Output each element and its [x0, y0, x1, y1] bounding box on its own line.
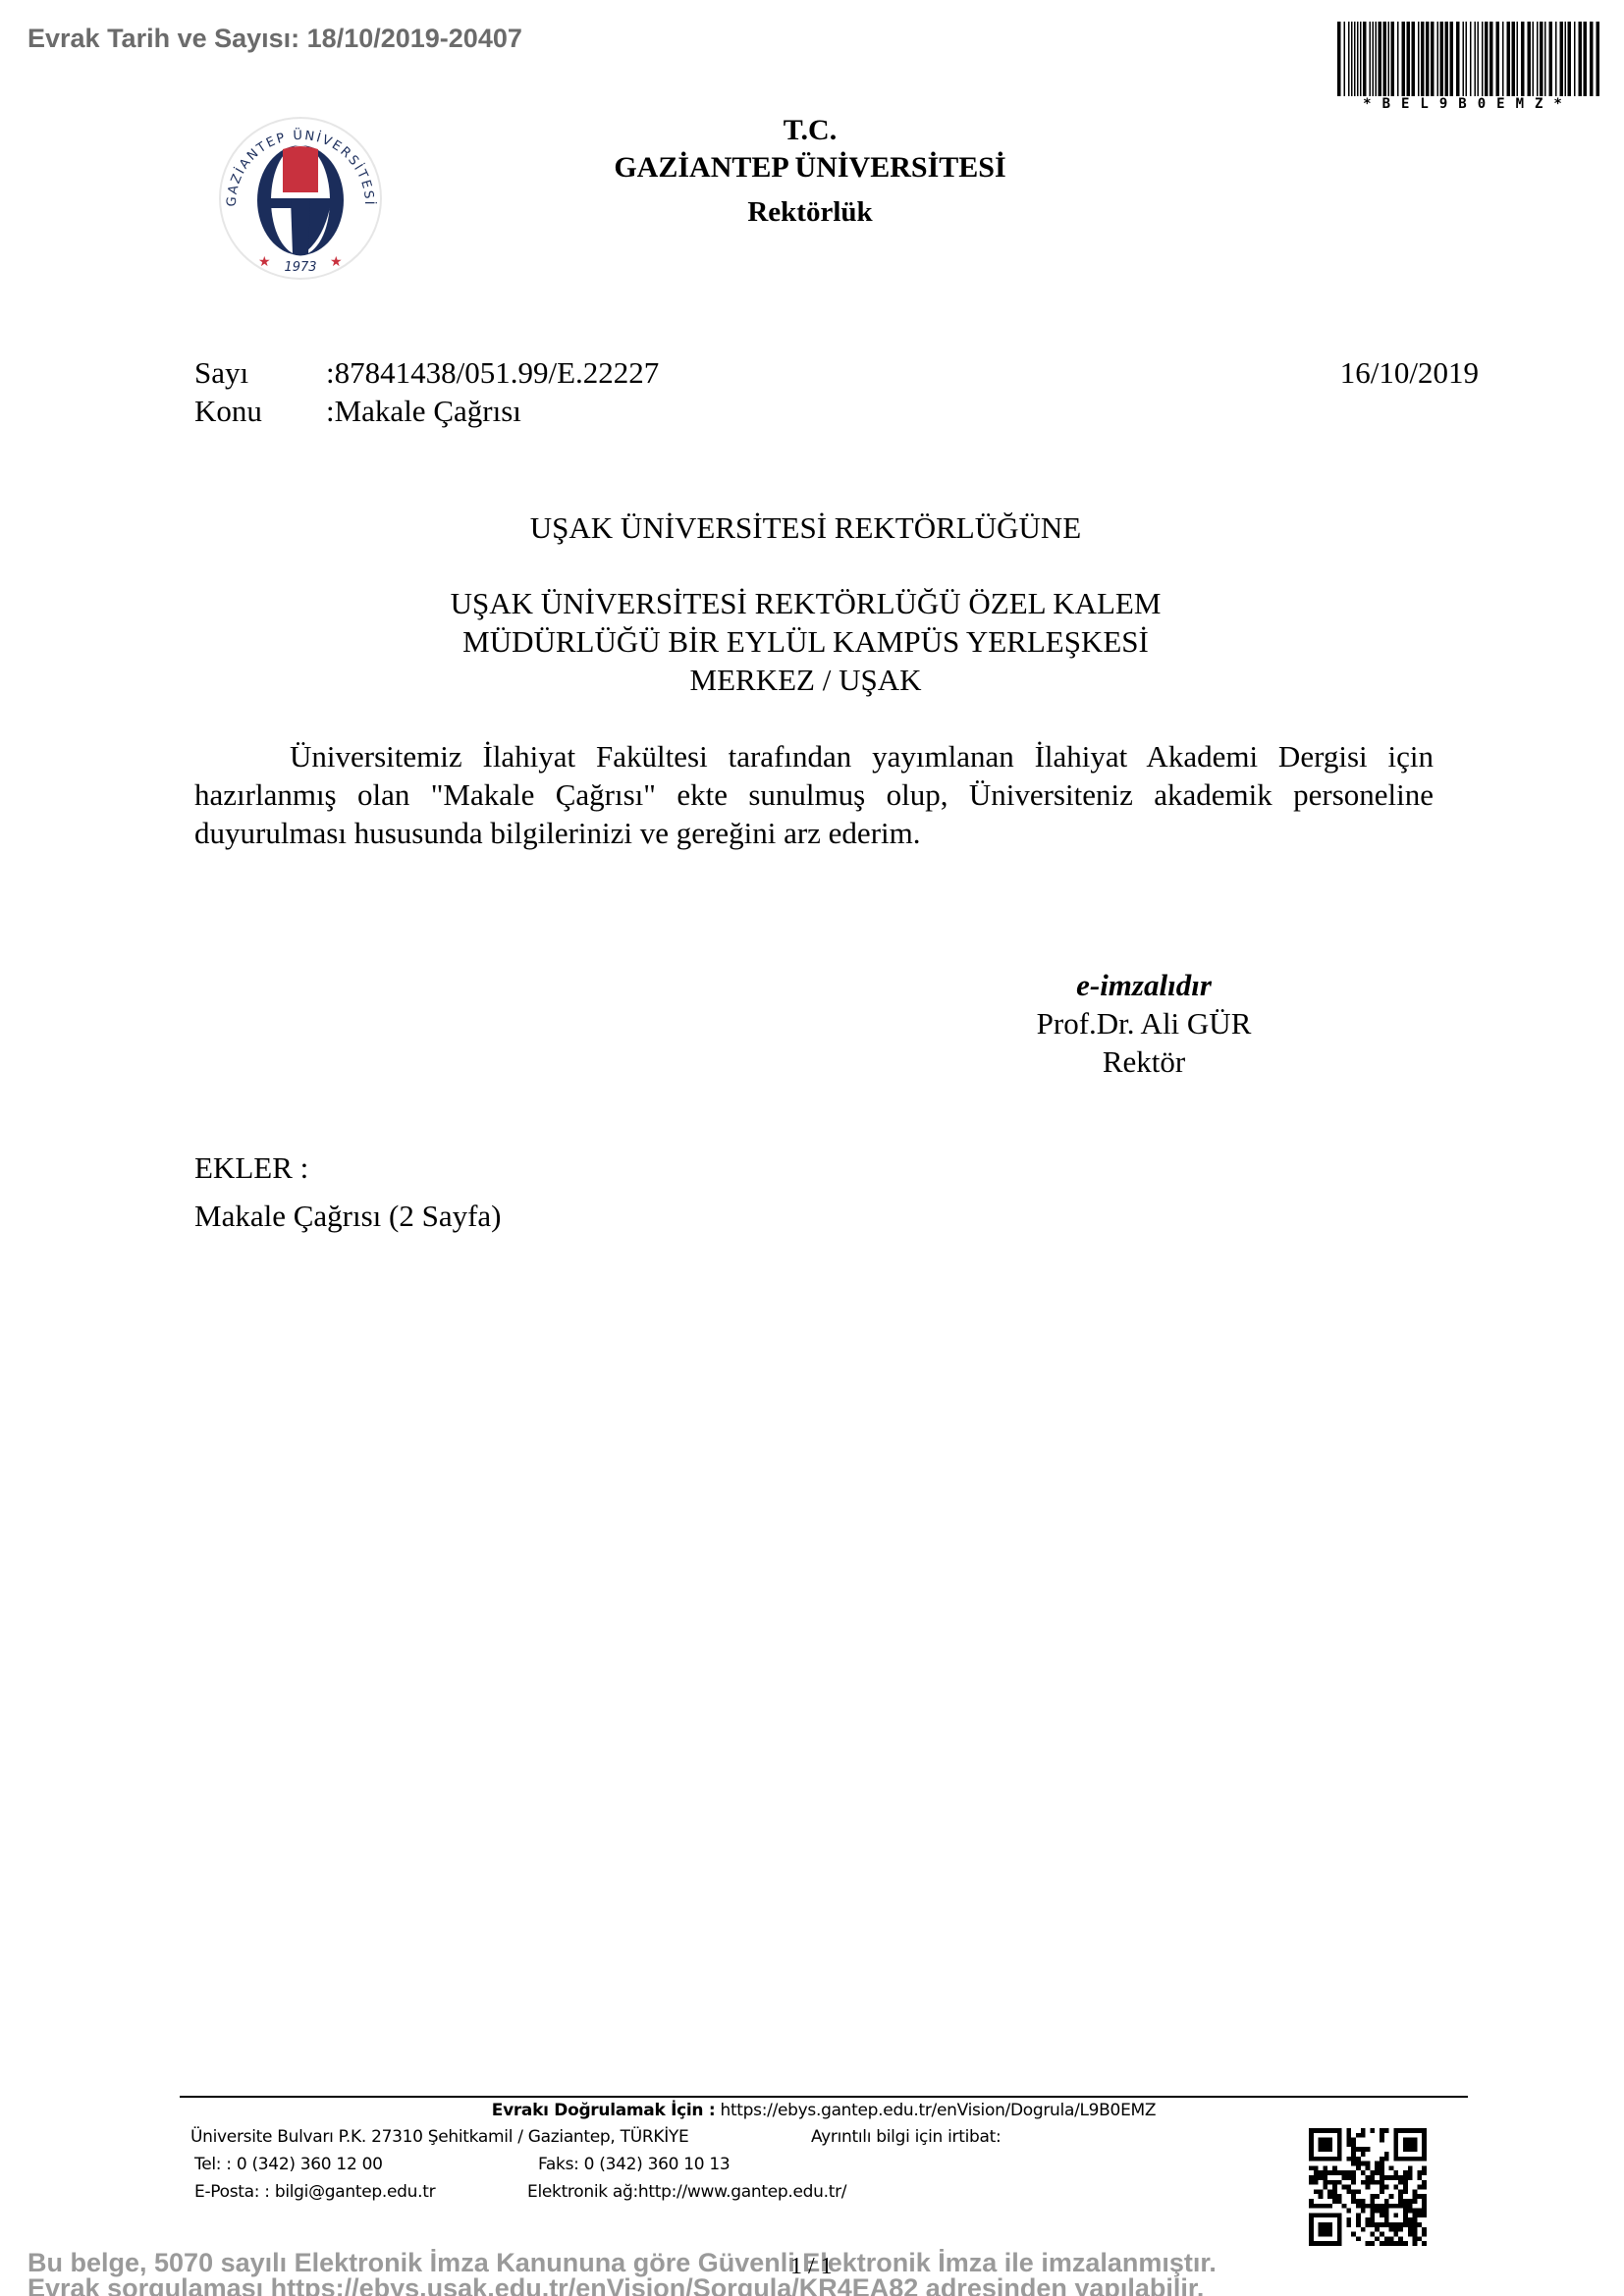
verify-label: Evrakı Doğrulamak İçin : — [492, 2101, 716, 2120]
attachment-item: Makale Çağrısı (2 Sayfa) — [194, 1199, 501, 1234]
letter-body-text: Üniversitemiz İlahiyat Fakültesi tarafın… — [194, 739, 1434, 850]
address-line: MÜDÜRLÜĞÜ BİR EYLÜL KAMPÜS YERLEŞKESİ — [194, 622, 1417, 661]
subject-value: :Makale Çağrısı — [326, 394, 521, 429]
footer-divider — [180, 2096, 1468, 2098]
document-date-number-stamp: Evrak Tarih ve Sayısı: 18/10/2019-20407 — [27, 24, 522, 54]
svg-text:★: ★ — [330, 254, 343, 270]
header-country: T.C. — [491, 114, 1129, 147]
address-line: MERKEZ / UŞAK — [194, 661, 1417, 699]
footer-contact-label: Ayrıntılı bilgi için irtibat: — [811, 2127, 1001, 2147]
header-unit: Rektörlük — [491, 196, 1129, 229]
svg-text:1973: 1973 — [284, 260, 316, 275]
number-label: Sayı — [194, 355, 248, 391]
address-line: UŞAK ÜNİVERSİTESİ REKTÖRLÜĞÜ ÖZEL KALEM — [194, 584, 1417, 622]
qr-code-icon — [1309, 2128, 1427, 2246]
university-logo-icon: GAZİANTEP ÜNİVERSİTESİ ★ ★ 1973 — [214, 114, 386, 281]
barcode-icon — [1335, 20, 1600, 98]
page-number: 1 / 1 — [790, 2254, 833, 2280]
letter-body: Üniversitemiz İlahiyat Fakültesi tarafın… — [194, 737, 1434, 852]
document-date: 16/10/2019 — [1340, 355, 1479, 391]
recipient: UŞAK ÜNİVERSİTESİ REKTÖRLÜĞÜNE — [194, 508, 1417, 547]
e-signature-note: e-imzalıdır — [982, 966, 1306, 1004]
footer-address: Üniversite Bulvarı P.K. 27310 Şehitkamil… — [190, 2127, 688, 2147]
footer-phone: Tel: : 0 (342) 360 12 00 — [194, 2155, 383, 2174]
footer-website[interactable]: Elektronik ağ:http://www.gantep.edu.tr/ — [527, 2182, 846, 2202]
header-university: GAZİANTEP ÜNİVERSİTESİ — [491, 151, 1129, 185]
signatory-title: Rektör — [982, 1042, 1306, 1081]
footer-email[interactable]: E-Posta: : bilgi@gantep.edu.tr — [194, 2182, 435, 2202]
footer-fax: Faks: 0 (342) 360 10 13 — [538, 2155, 730, 2174]
number-value: :87841438/051.99/E.22227 — [326, 355, 659, 391]
verify-line: Evrakı Doğrulamak İçin : https://ebys.ga… — [180, 2101, 1468, 2120]
signatory-name: Prof.Dr. Ali GÜR — [982, 1004, 1306, 1042]
barcode-label: *BEL9B0EMZ* — [1335, 96, 1600, 112]
subject-label: Konu — [194, 394, 262, 429]
verify-link[interactable]: https://ebys.gantep.edu.tr/enVision/Dogr… — [720, 2101, 1156, 2120]
svg-text:★: ★ — [258, 254, 271, 270]
legal-notice-line-2: Evrak sorgulaması https://ebys.usak.edu.… — [27, 2273, 1204, 2296]
attachments-label: EKLER : — [194, 1150, 308, 1186]
recipient-address: UŞAK ÜNİVERSİTESİ REKTÖRLÜĞÜ ÖZEL KALEM … — [194, 584, 1417, 699]
